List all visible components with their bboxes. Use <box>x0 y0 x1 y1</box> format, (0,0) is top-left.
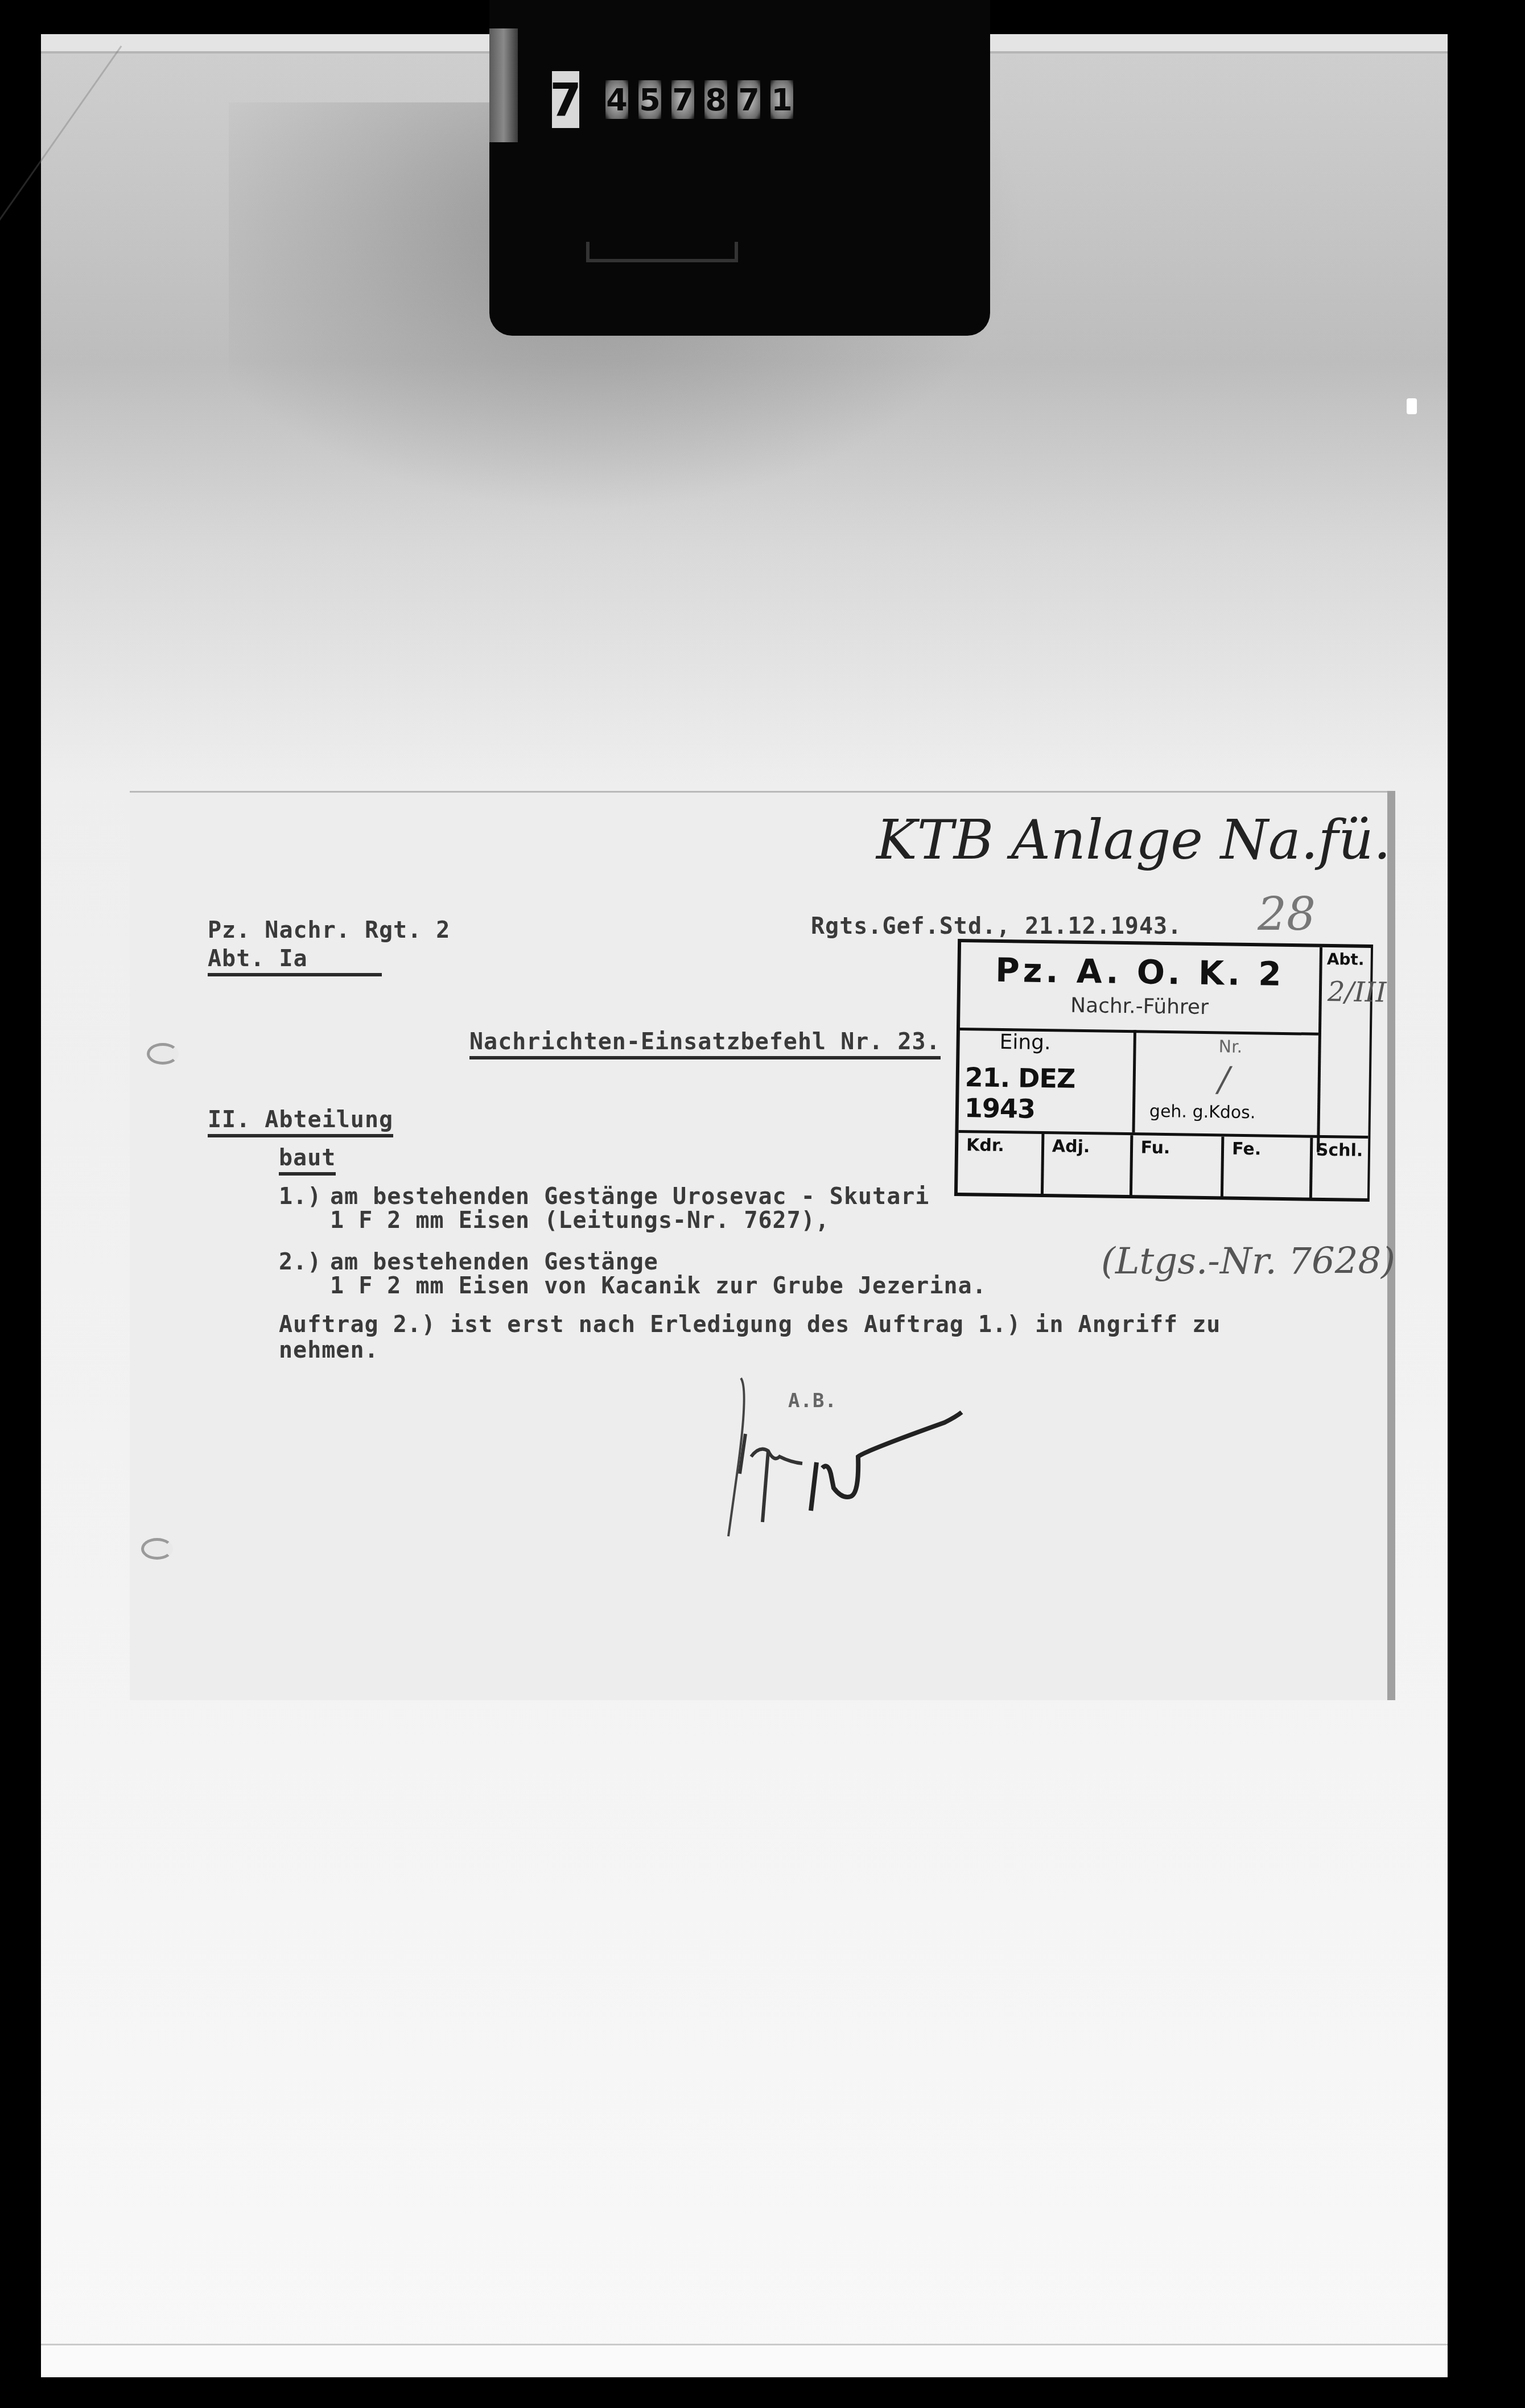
stamp-abt-value: 2/III <box>1328 976 1387 1008</box>
handwritten-page-number: 28 <box>1258 888 1316 941</box>
item-1-line-1: am bestehenden Gestänge Urosevac - Skuta… <box>330 1184 929 1210</box>
handwritten-ktb-note: KTB Anlage Na.fü. <box>876 808 1391 872</box>
handwritten-ltgs-note: (Ltgs.-Nr. 7628) <box>1101 1240 1395 1283</box>
stamp-nr-value: / <box>1218 1059 1230 1099</box>
stamp-nr-cell: Nr. / geh. g.Kdos. <box>1132 1030 1318 1135</box>
stamp-abt-label: Abt. <box>1327 950 1365 969</box>
item-2-line-2: 1 F 2 mm Eisen von Kacanik zur Grube Jez… <box>330 1273 987 1299</box>
item-2-line-1: am bestehenden Gestänge <box>330 1249 658 1275</box>
verb-heading: baut <box>279 1145 336 1176</box>
punch-hole-icon <box>141 1538 173 1560</box>
signature-icon <box>706 1366 1161 1559</box>
closing-line-1: Auftrag 2.) ist erst nach Erledigung des… <box>279 1312 1221 1338</box>
sender-line-1: Pz. Nachr. Rgt. 2 <box>208 917 450 943</box>
item-1-number: 1.) <box>279 1184 322 1210</box>
stamp-col-label: Fu. <box>1140 1137 1170 1158</box>
place-date: Rgts.Gef.Std., 21.12.1943. <box>811 913 1182 939</box>
item-1-line-2: 1 F 2 mm Eisen (Leitungs-Nr. 7627), <box>330 1207 830 1234</box>
counter-slot <box>586 242 738 262</box>
item-2-number: 2.) <box>279 1249 322 1275</box>
frame-counter: 7 4 5 7 8 7 1 <box>489 0 990 336</box>
stamp-col-label: Adj. <box>1052 1136 1090 1157</box>
stamp-eing-cell: Eing. 21. DEZ 1943 <box>958 1028 1136 1132</box>
document-title: Nachrichten-Einsatzbefehl Nr. 23. <box>469 1029 941 1059</box>
film-blemish <box>1407 398 1417 414</box>
page-bottom-edge <box>41 2344 1448 2377</box>
stamp-eing-label: Eing. <box>999 1030 1050 1054</box>
counter-digit: 8 <box>704 80 727 119</box>
stamp-col-label: Schl. <box>1316 1140 1363 1161</box>
sender-line-2: Abt. Ia <box>208 946 382 976</box>
stamp-col-schl: Schl. <box>1312 1138 1369 1201</box>
counter-digit: 7 <box>737 80 760 119</box>
stamp-date: 21. DEZ 1943 <box>965 1062 1133 1125</box>
counter-post <box>489 28 518 142</box>
stamp-col-fu: Fu. <box>1132 1135 1224 1199</box>
stamp-nr-label: Nr. <box>1218 1037 1242 1057</box>
counter-digits: 7 4 5 7 8 7 1 <box>552 71 793 128</box>
fold-line <box>0 46 122 373</box>
receipt-stamp: Pz. A. O. K. 2 Nachr.-Führer Abt. 2/III … <box>954 939 1373 1202</box>
stamp-col-label: Fe. <box>1232 1139 1262 1160</box>
stamp-col-label: Kdr. <box>966 1135 1004 1156</box>
stamp-abt-column: Abt. 2/III <box>1317 947 1374 1153</box>
stamp-subtitle: Nachr.-Führer <box>960 992 1319 1021</box>
counter-digit: 7 <box>671 80 694 119</box>
counter-lead-digit: 7 <box>552 71 579 128</box>
stamp-col-fe: Fe. <box>1223 1136 1313 1200</box>
punch-hole-icon <box>147 1043 179 1065</box>
stamp-classification: geh. g.Kdos. <box>1149 1102 1256 1123</box>
counter-digit: 1 <box>770 80 793 119</box>
stamp-routing-row: Kdr. Adj. Fu. Fe. Schl. <box>958 1130 1369 1201</box>
stamp-title: Pz. A. O. K. 2 <box>961 950 1320 994</box>
counter-digit: 4 <box>605 80 628 119</box>
stamp-header: Pz. A. O. K. 2 Nachr.-Führer <box>960 942 1320 1036</box>
closing-line-2: nehmen. <box>279 1337 379 1363</box>
unit-heading: II. Abteilung <box>208 1107 393 1137</box>
counter-digit: 5 <box>638 80 661 119</box>
stamp-col-adj: Adj. <box>1044 1134 1133 1198</box>
stamp-col-kdr: Kdr. <box>958 1133 1044 1197</box>
